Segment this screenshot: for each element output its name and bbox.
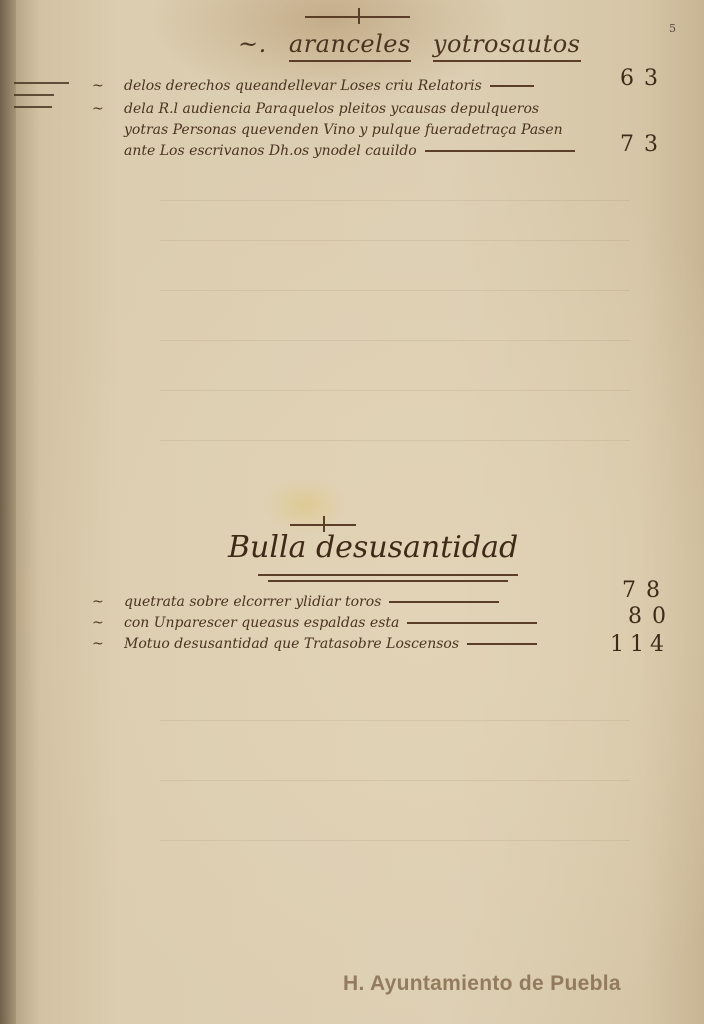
index-entry: ~ con Unparescer queasus espaldas esta	[90, 613, 610, 634]
page-reference: 114	[610, 632, 670, 657]
bleed-through	[160, 720, 630, 721]
entry-bullet: ~	[92, 99, 104, 120]
manuscript-page: 5 ~. aranceles yotrosautos ~ delos derec…	[0, 0, 704, 1024]
margin-marks	[14, 82, 74, 118]
index-entry: ~ delos derechos queandellevar Loses cri…	[90, 76, 610, 97]
entry-text-line: ante Los escrivanos Dh.os ynodel cauildo	[124, 141, 610, 162]
bleed-through	[160, 780, 630, 781]
leader-rule	[490, 85, 534, 87]
page-reference: 63	[620, 66, 668, 91]
leader-rule	[389, 601, 499, 603]
index-entry: ~ dela R.l audiencia Paraquelos pleitos …	[90, 99, 610, 162]
heading-text: Bulla desusantidad	[228, 530, 518, 565]
bleed-through	[160, 340, 630, 341]
bleed-through	[160, 440, 630, 441]
section2-entries: ~ quetrata sobre elcorrer ylidiar toros …	[90, 592, 610, 655]
index-entry: ~ Motuo desusantidad que Tratasobre Losc…	[90, 634, 610, 655]
bleed-through	[160, 290, 630, 291]
bleed-through	[160, 390, 630, 391]
entry-text-line: dela R.l audiencia Paraquelos pleitos yc…	[124, 99, 610, 120]
heading-word: aranceles	[289, 30, 411, 62]
index-entry: ~ quetrata sobre elcorrer ylidiar toros	[90, 592, 610, 613]
leader-rule	[467, 643, 537, 645]
bleed-through	[160, 240, 630, 241]
entry-text: ante Los escrivanos Dh.os ynodel cauildo	[124, 143, 417, 159]
page-reference: 73	[620, 132, 668, 157]
folio-number: 5	[669, 22, 676, 35]
entry-bullet: ~	[92, 613, 104, 634]
entry-text: quetrata sobre elcorrer ylidiar toros	[124, 594, 381, 610]
heading-word: yotrosautos	[433, 30, 581, 62]
leader-rule	[425, 150, 575, 152]
entry-text: Motuo desusantidad que Tratasobre Loscen…	[124, 636, 459, 652]
heading-underline	[268, 580, 508, 582]
bleed-through	[160, 200, 630, 201]
entry-bullet: ~	[92, 592, 104, 613]
page-reference: 80	[628, 604, 676, 629]
entry-bullet: ~	[92, 634, 104, 655]
leader-rule	[407, 622, 537, 624]
entry-text-line: yotras Personas quevenden Vino y pulque …	[124, 120, 610, 141]
cross-mark-top	[305, 16, 410, 18]
archive-watermark: H. Ayuntamiento de Puebla	[343, 972, 621, 996]
heading-mark: ~.	[238, 30, 267, 58]
entry-text: con Unparescer queasus espaldas esta	[124, 615, 399, 631]
cross-mark-middle	[290, 524, 356, 526]
section1-entries: ~ delos derechos queandellevar Loses cri…	[90, 76, 610, 162]
heading-underline	[258, 574, 518, 576]
bleed-through	[160, 840, 630, 841]
entry-text: delos derechos queandellevar Loses criu …	[124, 78, 482, 94]
entry-bullet: ~	[92, 76, 104, 97]
page-reference: 78	[622, 578, 670, 603]
binding-edge	[0, 0, 16, 1024]
section-heading-aranceles: ~. aranceles yotrosautos	[238, 30, 595, 58]
section-heading-bulla: Bulla desusantidad	[228, 530, 518, 565]
